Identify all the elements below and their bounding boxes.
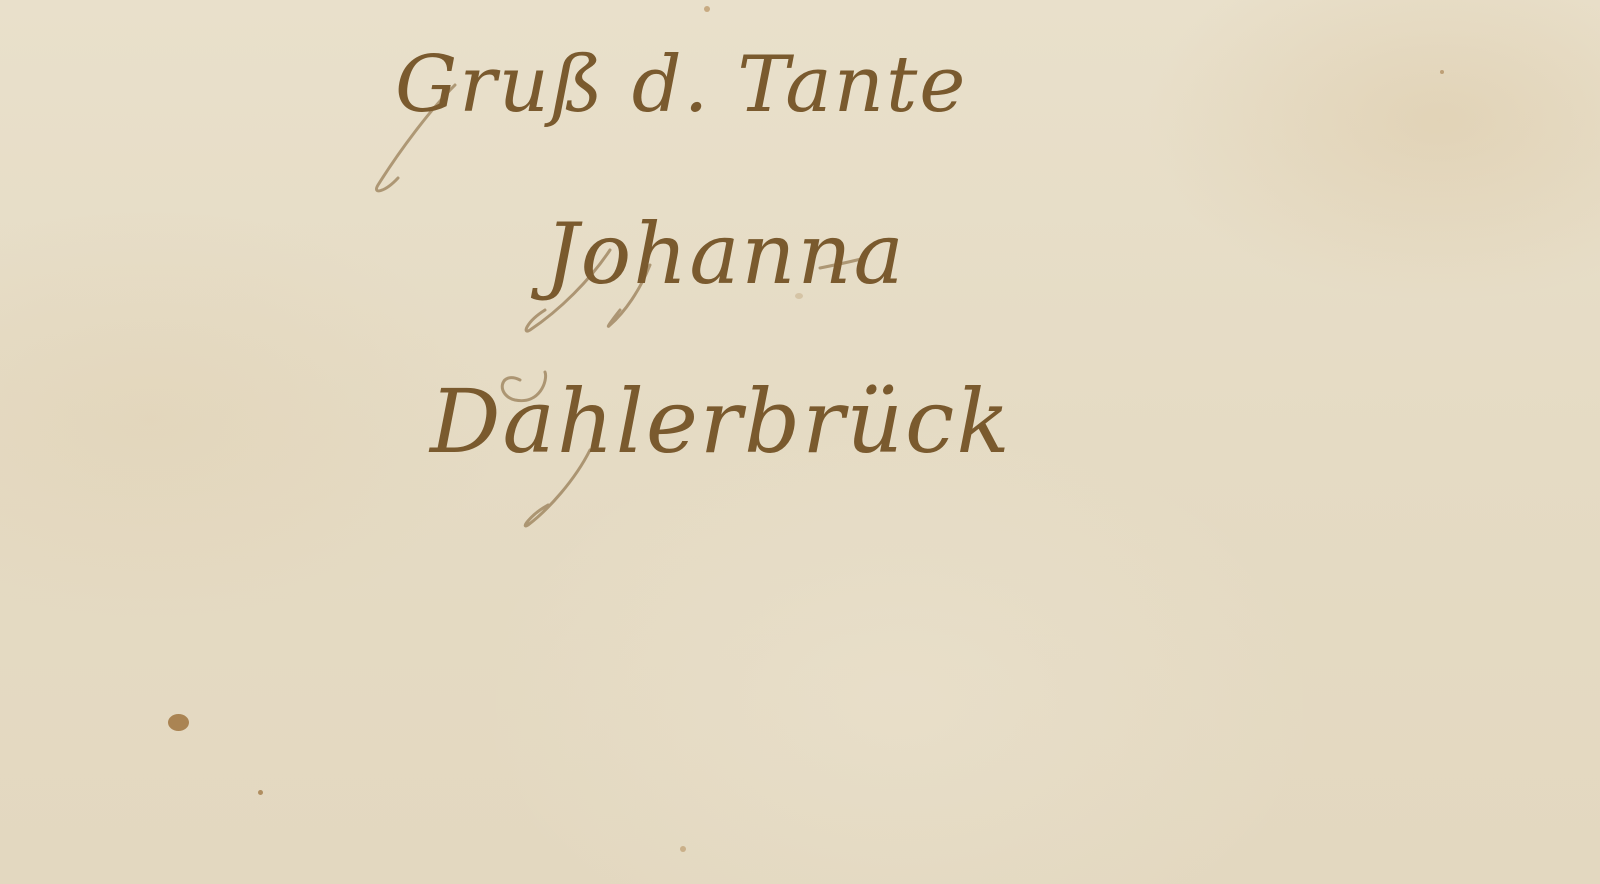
handwritten-line-place: Dahlerbrück <box>430 370 1012 473</box>
foxing-spot <box>680 846 686 852</box>
handwritten-line-name: Johanna <box>545 205 906 303</box>
ink-speck <box>258 790 263 795</box>
handwritten-line-greeting: Gruß d. Tante <box>395 40 967 130</box>
foxing-spot <box>704 6 710 12</box>
ink-blot <box>168 714 189 731</box>
foxing-spot <box>795 293 803 299</box>
aged-paper-background: Gruß d. Tante Johanna Dahlerbrück <box>0 0 1600 884</box>
foxing-spot <box>1440 70 1444 74</box>
